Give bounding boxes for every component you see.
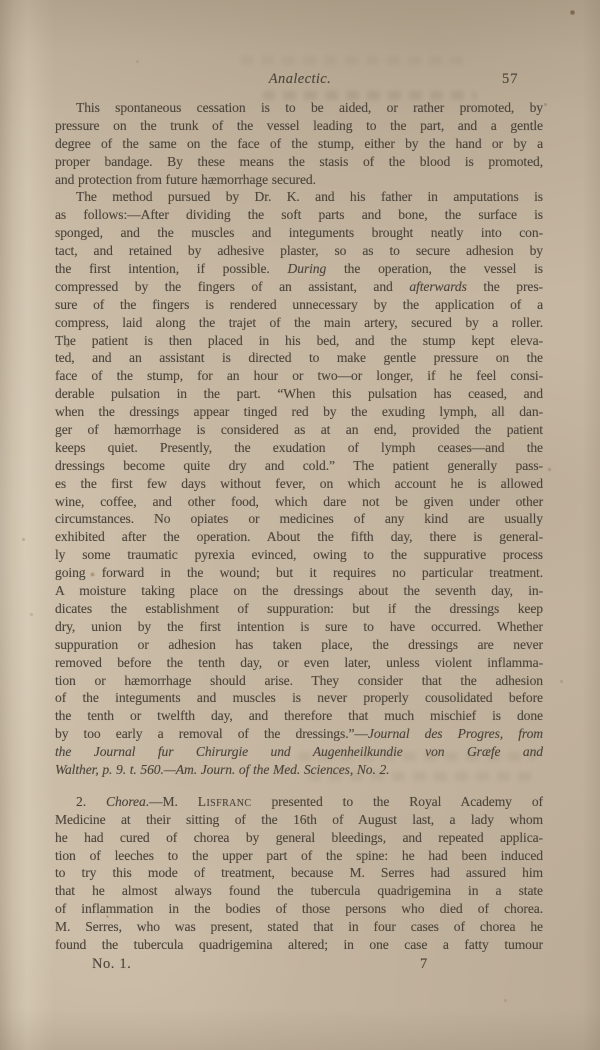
text-segment: the operation, the vessel is — [326, 261, 543, 276]
text-segment: This spontaneous cessation is to be aide… — [76, 100, 543, 115]
text-segment: 2. — [76, 794, 106, 809]
text-line: ger of hæmorrhage is considered as at an… — [55, 421, 543, 439]
paragraph: 2. Chorea.—M. Lisfranc presented to the … — [55, 793, 543, 954]
text-segment: he had cured of chorea by general bleedi… — [55, 830, 543, 845]
text-line: the tenth or twelfth day, and therefore … — [55, 707, 543, 725]
text-line: circumstances. No opiates or medicines o… — [55, 510, 543, 528]
text-line: by too early a removal of the dressings.… — [55, 725, 543, 743]
text-segment: tion or hæmorrhage should arise. They co… — [55, 673, 543, 688]
text-segment: tact, and retained by adhesive plaster, … — [55, 243, 543, 258]
text-segment: Medicine at their sitting of the 16th of… — [55, 812, 543, 827]
text-segment: the first intention, if possible. — [55, 261, 288, 276]
text-line: This spontaneous cessation is to be aide… — [55, 99, 543, 117]
text-segment: During — [288, 261, 327, 276]
text-segment: sure of the fingers is rendered unnecess… — [55, 297, 543, 312]
text-segment: the tenth or twelfth day, and therefore … — [55, 708, 543, 723]
text-line: and protection from future hæmorrhage se… — [55, 171, 543, 189]
text-segment: compress, laid along the trajet of the m… — [55, 315, 543, 330]
page-number: 57 — [502, 71, 519, 89]
text-segment: .—M. — [146, 794, 198, 809]
text-segment: ly some traumatic pyrexia evinced, owing… — [55, 547, 543, 562]
text-segment: when the dressings appear tinged red by … — [55, 404, 543, 419]
text-segment: degree of the same on the face of the st… — [55, 136, 543, 151]
text-line: going forward in the wound; but it requi… — [55, 564, 543, 582]
sheet-number: 7 — [420, 956, 427, 973]
text-line: dicates the establishment of suppuration… — [55, 600, 543, 618]
text-segment: exhibited after the operation. About the… — [55, 529, 543, 544]
text-segment: ger of hæmorrhage is considered as at an… — [55, 422, 543, 437]
text-line: proper bandage. By these means the stasi… — [55, 153, 543, 171]
text-line: face of the stump, for an hour or two—or… — [55, 367, 543, 385]
text-segment: dressings become quite dry and cold.” Th… — [55, 458, 543, 473]
text-segment: dry, union by the first intention is sur… — [55, 619, 543, 634]
text-segment: proper bandage. By these means the stasi… — [55, 154, 543, 169]
text-line: dressings become quite dry and cold.” Th… — [55, 457, 543, 475]
text-line: the first intention, if possible. During… — [55, 260, 543, 278]
text-line: as follows:—After dividing the soft part… — [55, 206, 543, 224]
text-segment: keeps quiet. Presently, the exudation of… — [55, 440, 543, 455]
text-line: compressed by the fingers of an assistan… — [55, 278, 543, 296]
text-line: that he almost always found the tubercul… — [55, 882, 543, 900]
text-segment: wine, coffee, and other food, which dare… — [55, 494, 543, 509]
text-segment: M. Serres, who was present, stated that … — [55, 919, 543, 934]
text-line: ted, and an assistant is directed to mak… — [55, 349, 543, 367]
text-line: wine, coffee, and other food, which dare… — [55, 493, 543, 511]
text-line: derable pulsation in the part. “When thi… — [55, 385, 543, 403]
text-segment: the Journal fur Chirurgie und Augenheilk… — [55, 744, 543, 759]
text-segment: derable pulsation in the part. “When thi… — [55, 386, 543, 401]
scanned-book-page: Analectic. 57 This spontaneous cessation… — [0, 0, 600, 1050]
paragraph: The method pursued by Dr. K. and his fat… — [55, 188, 543, 778]
text-segment: by too early a removal of the dressings.… — [55, 726, 368, 741]
paragraph: This spontaneous cessation is to be aide… — [55, 99, 543, 188]
text-segment: to try this mode of treatment, because M… — [55, 865, 543, 880]
text-segment: The patient is then placed in his bed, a… — [55, 333, 543, 348]
text-line: tact, and retained by adhesive plaster, … — [55, 242, 543, 260]
text-line: 2. Chorea.—M. Lisfranc presented to the … — [55, 793, 543, 811]
text-line: keeps quiet. Presently, the exudation of… — [55, 439, 543, 457]
page-body-text: This spontaneous cessation is to be aide… — [55, 99, 543, 974]
text-line: M. Serres, who was present, stated that … — [55, 918, 543, 936]
text-segment: dicates the establishment of suppuration… — [55, 601, 543, 616]
text-segment: compressed by the fingers of an assistan… — [55, 279, 409, 294]
signature-mark: No. 1. — [92, 956, 131, 973]
text-line: sure of the fingers is rendered unnecess… — [55, 296, 543, 314]
text-line: The method pursued by Dr. K. and his fat… — [55, 188, 543, 206]
text-segment: A moisture taking place on the dressings… — [55, 583, 543, 598]
text-line: he had cured of chorea by general bleedi… — [55, 829, 543, 847]
showthrough-smudge — [240, 56, 470, 65]
text-line: of inflammation in the bodies of those p… — [55, 900, 543, 918]
text-line: Walther, p. 9. t. 560.—Am. Journ. of the… — [55, 761, 543, 779]
foxing-specks — [0, 0, 3, 3]
text-line: sponged, and the muscles and integuments… — [55, 224, 543, 242]
text-segment: circumstances. No opiates or medicines o… — [55, 511, 543, 526]
text-line: removed before the tenth day, or even la… — [55, 654, 543, 672]
text-line: ly some traumatic pyrexia evinced, owing… — [55, 546, 543, 564]
text-segment: going forward in the wound; but it requi… — [55, 565, 543, 580]
text-line: Medicine at their sitting of the 16th of… — [55, 811, 543, 829]
text-segment: removed before the tenth day, or even la… — [55, 655, 543, 670]
text-segment: Walther, p. 9. t. 560.—Am. Journ. of the… — [55, 762, 389, 777]
text-line: of the integuments and muscles is never … — [55, 689, 543, 707]
text-line: dry, union by the first intention is sur… — [55, 618, 543, 636]
text-line: tion of leeches to the upper part of the… — [55, 847, 543, 865]
text-segment: presented to the Royal Academy of — [251, 794, 543, 809]
text-segment: as follows:—After dividing the soft part… — [55, 207, 543, 222]
text-line: tion or hæmorrhage should arise. They co… — [55, 672, 543, 690]
text-line: A moisture taking place on the dressings… — [55, 582, 543, 600]
text-segment: and protection from future hæmorrhage se… — [55, 172, 316, 187]
text-segment: The method pursued by Dr. K. and his fat… — [76, 189, 543, 204]
text-line: found the tubercula quadrigemina altered… — [55, 936, 543, 954]
page-footer: No. 1. 7 — [55, 956, 543, 974]
text-line: the Journal fur Chirurgie und Augenheilk… — [55, 743, 543, 761]
text-line: es the first few days without fever, on … — [55, 475, 543, 493]
text-segment: pressure on the trunk of the vessel lead… — [55, 118, 543, 133]
text-segment: of the integuments and muscles is never … — [55, 690, 543, 705]
text-line: pressure on the trunk of the vessel lead… — [55, 117, 543, 135]
text-segment: the pres- — [467, 279, 543, 294]
text-segment: tion of leeches to the upper part of the… — [55, 848, 543, 863]
text-segment: afterwards — [409, 279, 466, 294]
text-line: compress, laid along the trajet of the m… — [55, 314, 543, 332]
text-line: when the dressings appear tinged red by … — [55, 403, 543, 421]
text-segment: that he almost always found the tubercul… — [55, 883, 543, 898]
text-line: The patient is then placed in his bed, a… — [55, 332, 543, 350]
text-line: degree of the same on the face of the st… — [55, 135, 543, 153]
text-line: suppuration or adhesion has taken place,… — [55, 636, 543, 654]
text-segment: Journal des Progres, from — [368, 726, 543, 741]
text-line: exhibited after the operation. About the… — [55, 528, 543, 546]
text-segment: Lisfranc — [198, 794, 252, 809]
text-segment: ted, and an assistant is directed to mak… — [55, 350, 543, 365]
text-segment: of inflammation in the bodies of those p… — [55, 901, 543, 916]
text-segment: suppuration or adhesion has taken place,… — [55, 637, 543, 652]
text-segment: found the tubercula quadrigemina altered… — [55, 937, 543, 952]
text-segment: Chorea — [106, 794, 146, 809]
text-segment: face of the stump, for an hour or two—or… — [55, 368, 543, 383]
text-segment: sponged, and the muscles and integuments… — [55, 225, 543, 240]
text-line: to try this mode of treatment, because M… — [55, 864, 543, 882]
text-segment: es the first few days without fever, on … — [55, 476, 543, 491]
